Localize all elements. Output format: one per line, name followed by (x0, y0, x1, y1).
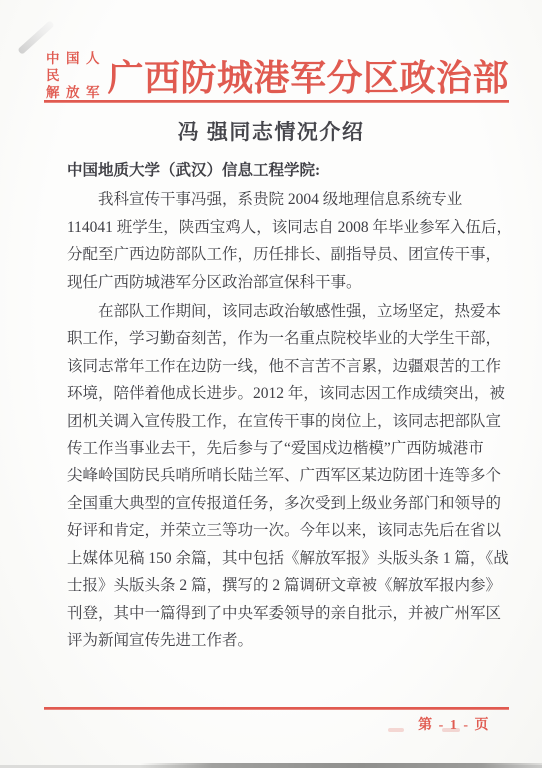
body-line: 全国重大典型的宣传报道任务，多次受到上级业务部门和领导的 (67, 490, 507, 517)
ink-bleed-mark (442, 728, 460, 732)
body-line: 好评和肯定，并荣立三等功一次。今年以来，该同志先后在省以 (67, 517, 507, 544)
body-line: 现任广西防城港军分区政治部宣保科干事。 (67, 269, 507, 296)
ink-bleed-mark (388, 728, 404, 732)
body-line: 刊登，其中一篇得到了中央军委领导的亲自批示，并被广州军区 (67, 600, 507, 627)
scan-edge-shadow (140, 763, 542, 768)
salutation-line: 中国地质大学（武汉）信息工程学院: (67, 157, 507, 184)
body-line: 环境，陪伴着他成长进步。2012 年，该同志因工作成绩突出，被 (67, 380, 507, 407)
body-line: 评为新闻宣传先进工作者。 (67, 627, 507, 654)
letterhead-double-rule (44, 100, 509, 103)
document-title: 冯 强同志情况介绍 (0, 116, 542, 146)
body-line: 团机关调入宣传股工作，在宣传干事的岗位上，该同志把部队宣 (67, 408, 507, 435)
body-line: 上媒体见稿 150 余篇，其中包括《解放军报》头版头条 1 篇，《战 (67, 545, 507, 572)
body-line: 传工作当事业去干，先后参与了“爱国戍边楷模”广西防城港市 (67, 435, 507, 462)
body-line: 尖峰岭国防民兵哨所哨长陆兰军、广西军区某边防团十连等多个 (67, 462, 507, 489)
letterhead: 中国人民 解放军 广西防城港军分区政治部 (46, 50, 509, 101)
scanned-document-page: 中国人民 解放军 广西防城港军分区政治部 冯 强同志情况介绍 中国地质大学（武汉… (0, 0, 542, 768)
footer-double-rule (44, 707, 509, 710)
body-line: 114041 班学生，陕西宝鸡人，该同志自 2008 年毕业参军入伍后， (67, 214, 507, 241)
body-line: 我科宣传干事冯强，系贵院 2004 级地理信息系统专业 (67, 186, 507, 213)
letterhead-org-small-line1: 中国人民 (46, 50, 99, 84)
body-line: 职工作，学习勤奋刻苦，作为一名重点院校毕业的大学生干部， (67, 325, 507, 352)
document-body: 中国地质大学（武汉）信息工程学院: 我科宣传干事冯强，系贵院 2004 级地理信… (67, 157, 507, 654)
letterhead-org-small-line2: 解放军 (46, 84, 99, 101)
letterhead-org-small: 中国人民 解放军 (46, 50, 99, 101)
body-line: 分配至广西边防部队工作，历任排长、副指导员、团宣传干事， (67, 241, 507, 268)
body-line: 该同志常年工作在边防一线，他不言苦不言累，边疆艰苦的工作 (67, 353, 507, 380)
body-line: 士报》头版头条 2 篇，撰写的 2 篇调研文章被《解放军报内参》 (67, 572, 507, 599)
letterhead-org-main: 广西防城港军分区政治部 (107, 50, 509, 101)
body-line: 在部队工作期间，该同志政治敏感性强，立场坚定，热爱本 (67, 298, 507, 325)
body-text: 我科宣传干事冯强，系贵院 2004 级地理信息系统专业 114041 班学生，陕… (67, 186, 507, 654)
